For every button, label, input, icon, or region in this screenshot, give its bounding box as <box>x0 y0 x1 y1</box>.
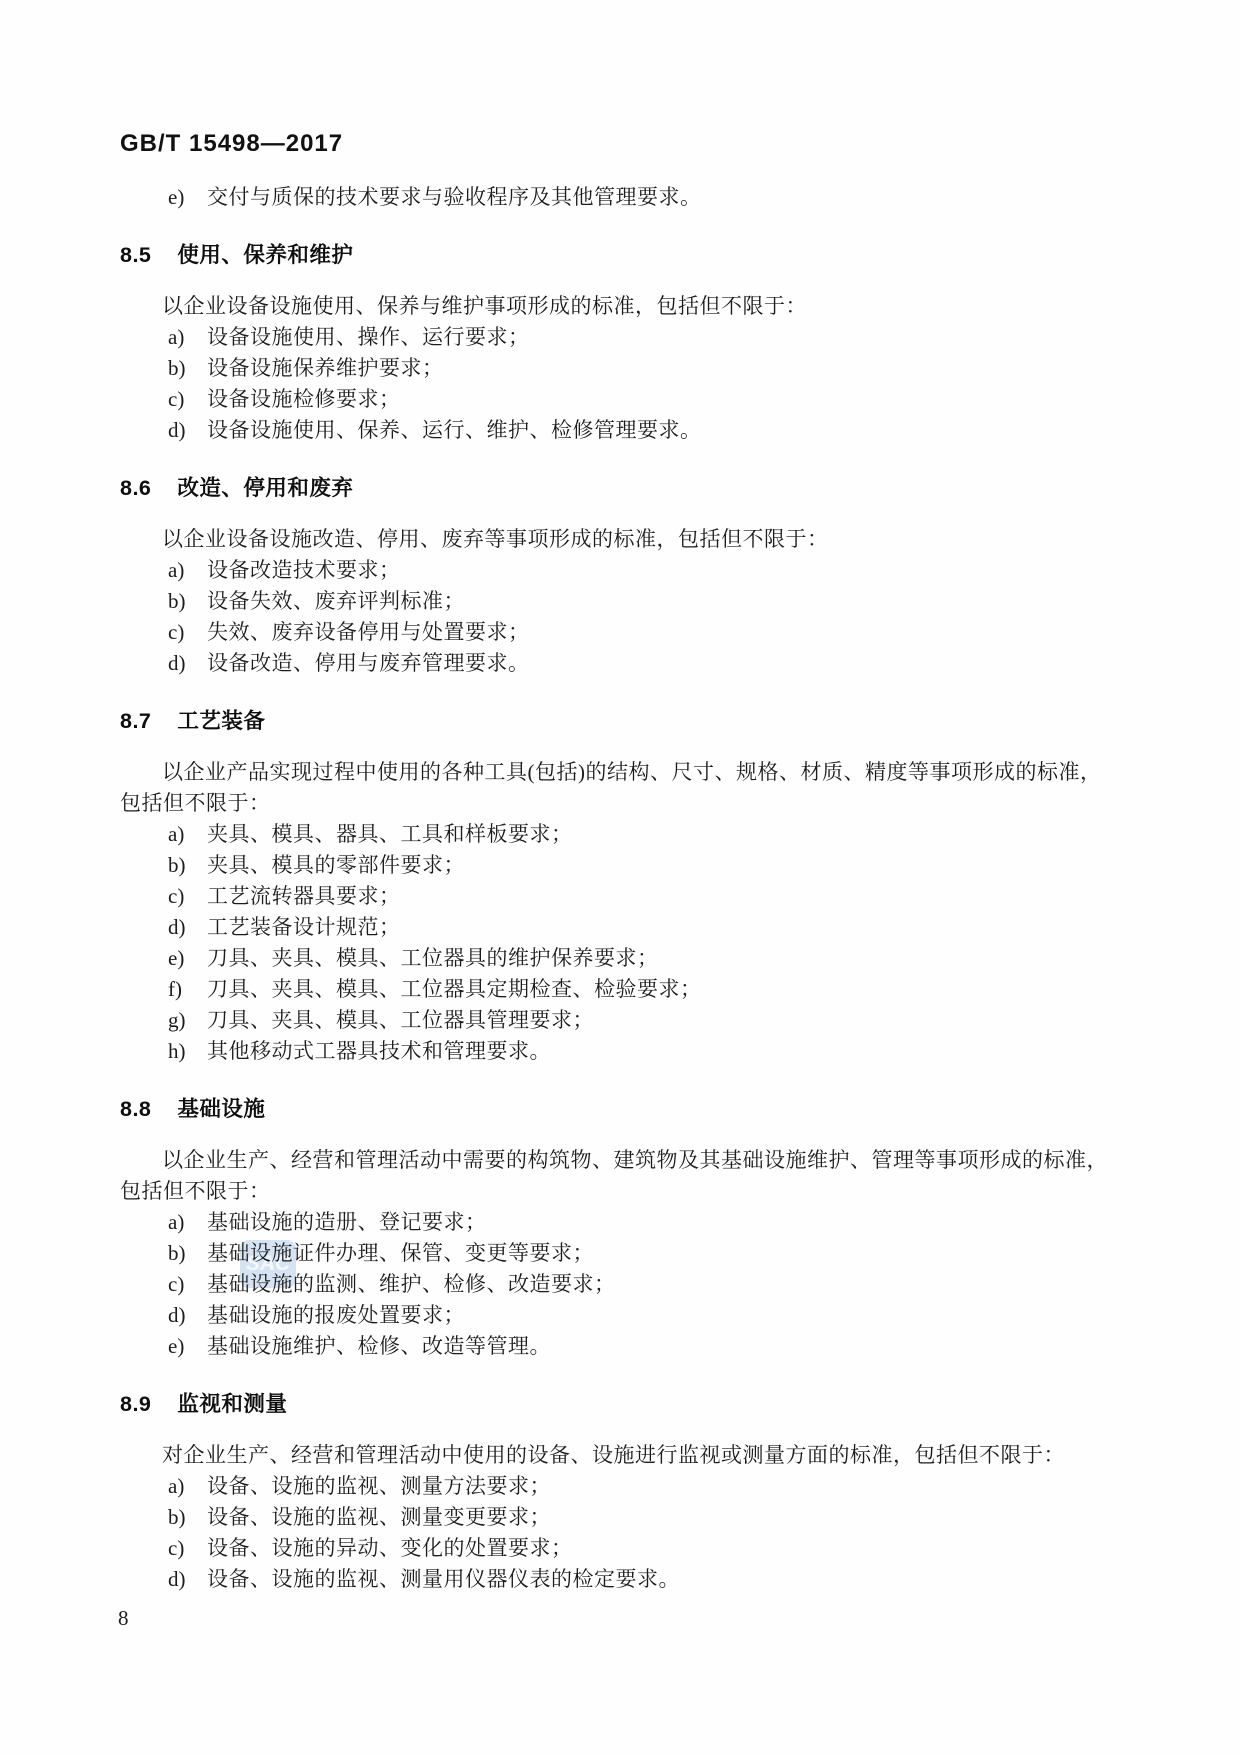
item-text: 工艺流转器具要求； <box>207 881 1122 912</box>
section-intro: 以企业产品实现过程中使用的各种工具(包括)的结构、尺寸、规格、材质、精度等事项形… <box>120 757 1122 819</box>
item-letter: c) <box>168 881 207 912</box>
section-item-list: a)设备设施使用、操作、运行要求；b)设备设施保养维护要求；c)设备设施检修要求… <box>120 322 1122 446</box>
list-item: b)设备、设施的监视、测量变更要求； <box>120 1502 1122 1533</box>
section-number: 8.9 <box>120 1392 151 1416</box>
list-item: a)夹具、模具、器具、工具和样板要求； <box>120 819 1122 850</box>
list-item: d)基础设施的报废处置要求； <box>120 1300 1122 1331</box>
list-item: d)设备改造、停用与废弃管理要求。 <box>120 648 1122 679</box>
list-item: c)工艺流转器具要求； <box>120 881 1122 912</box>
list-item: b)设备失效、废弃评判标准； <box>120 586 1122 617</box>
item-letter: e) <box>168 1331 207 1362</box>
item-letter: h) <box>168 1036 207 1067</box>
page-content: GB/T 15498—2017 e)交付与质保的技术要求与验收程序及其他管理要求… <box>120 130 1122 1595</box>
item-letter: b) <box>168 353 207 384</box>
item-text: 设备、设施的监视、测量变更要求； <box>207 1502 1122 1533</box>
item-text: 刀具、夹具、模具、工位器具管理要求； <box>207 1005 1122 1036</box>
item-letter: d) <box>168 415 207 446</box>
section-intro: 对企业生产、经营和管理活动中使用的设备、设施进行监视或测量方面的标准，包括但不限… <box>120 1440 1122 1471</box>
carryover-list: e)交付与质保的技术要求与验收程序及其他管理要求。 <box>120 182 1122 213</box>
item-text: 工艺装备设计规范； <box>207 912 1122 943</box>
list-item: h)其他移动式工器具技术和管理要求。 <box>120 1036 1122 1067</box>
section-heading: 8.8基础设施 <box>120 1095 1122 1123</box>
item-text: 设备设施检修要求； <box>207 384 1122 415</box>
section-number: 8.7 <box>120 709 151 733</box>
item-letter: b) <box>168 1238 207 1269</box>
document-page: SAC GB/T 15498—2017 e)交付与质保的技术要求与验收程序及其他… <box>0 0 1241 1754</box>
item-letter: c) <box>168 617 207 648</box>
list-item: e)刀具、夹具、模具、工位器具的维护保养要求； <box>120 943 1122 974</box>
item-letter: c) <box>168 1269 207 1300</box>
item-letter: a) <box>168 1471 207 1502</box>
list-item: a)设备、设施的监视、测量方法要求； <box>120 1471 1122 1502</box>
list-item: a)基础设施的造册、登记要求； <box>120 1207 1122 1238</box>
item-text: 基础设施的监测、维护、检修、改造要求； <box>207 1269 1122 1300</box>
list-item: a)设备改造技术要求； <box>120 555 1122 586</box>
list-item: d)设备、设施的监视、测量用仪器仪表的检定要求。 <box>120 1564 1122 1595</box>
item-letter: c) <box>168 384 207 415</box>
item-letter: e) <box>168 182 207 213</box>
item-text: 失效、废弃设备停用与处置要求； <box>207 617 1122 648</box>
item-letter: f) <box>168 974 207 1005</box>
item-text: 基础设施维护、检修、改造等管理。 <box>207 1331 1122 1362</box>
item-text: 刀具、夹具、模具、工位器具的维护保养要求； <box>207 943 1122 974</box>
item-text: 设备、设施的监视、测量方法要求； <box>207 1471 1122 1502</box>
item-text: 基础设施的报废处置要求； <box>207 1300 1122 1331</box>
item-letter: a) <box>168 1207 207 1238</box>
section-intro: 以企业设备设施改造、停用、废弃等事项形成的标准，包括但不限于： <box>120 524 1122 555</box>
item-text: 设备失效、废弃评判标准； <box>207 586 1122 617</box>
list-item: c)设备、设施的异动、变化的处置要求； <box>120 1533 1122 1564</box>
item-text: 设备改造、停用与废弃管理要求。 <box>207 648 1122 679</box>
section-number: 8.6 <box>120 476 151 500</box>
section-intro: 以企业生产、经营和管理活动中需要的构筑物、建筑物及其基础设施维护、管理等事项形成… <box>120 1145 1122 1207</box>
item-letter: b) <box>168 586 207 617</box>
section-title: 工艺装备 <box>177 709 265 733</box>
item-letter: e) <box>168 943 207 974</box>
section-8-8: 8.8基础设施 以企业生产、经营和管理活动中需要的构筑物、建筑物及其基础设施维护… <box>120 1095 1122 1362</box>
item-letter: b) <box>168 850 207 881</box>
page-number: 8 <box>118 1604 129 1632</box>
list-item: d)工艺装备设计规范； <box>120 912 1122 943</box>
item-text: 设备设施使用、操作、运行要求； <box>207 322 1122 353</box>
list-item: c)设备设施检修要求； <box>120 384 1122 415</box>
section-item-list: a)设备、设施的监视、测量方法要求；b)设备、设施的监视、测量变更要求；c)设备… <box>120 1471 1122 1595</box>
item-letter: d) <box>168 1300 207 1331</box>
item-text: 设备、设施的异动、变化的处置要求； <box>207 1533 1122 1564</box>
item-letter: a) <box>168 819 207 850</box>
standard-code-header: GB/T 15498—2017 <box>120 130 1122 158</box>
item-text: 交付与质保的技术要求与验收程序及其他管理要求。 <box>207 182 1122 213</box>
item-letter: d) <box>168 1564 207 1595</box>
list-item: d)设备设施使用、保养、运行、维护、检修管理要求。 <box>120 415 1122 446</box>
section-number: 8.8 <box>120 1097 151 1121</box>
item-letter: b) <box>168 1502 207 1533</box>
item-letter: a) <box>168 555 207 586</box>
list-item: a)设备设施使用、操作、运行要求； <box>120 322 1122 353</box>
section-heading: 8.7工艺装备 <box>120 707 1122 735</box>
list-item: b)夹具、模具的零部件要求； <box>120 850 1122 881</box>
item-text: 夹具、模具、器具、工具和样板要求； <box>207 819 1122 850</box>
item-letter: d) <box>168 648 207 679</box>
section-item-list: a)夹具、模具、器具、工具和样板要求；b)夹具、模具的零部件要求；c)工艺流转器… <box>120 819 1122 1067</box>
item-text: 设备设施使用、保养、运行、维护、检修管理要求。 <box>207 415 1122 446</box>
item-letter: d) <box>168 912 207 943</box>
list-item: e)交付与质保的技术要求与验收程序及其他管理要求。 <box>120 182 1122 213</box>
item-text: 基础设施证件办理、保管、变更等要求； <box>207 1238 1122 1269</box>
item-text: 其他移动式工器具技术和管理要求。 <box>207 1036 1122 1067</box>
item-letter: a) <box>168 322 207 353</box>
section-intro: 以企业设备设施使用、保养与维护事项形成的标准，包括但不限于： <box>120 291 1122 322</box>
item-text: 设备设施保养维护要求； <box>207 353 1122 384</box>
item-text: 设备、设施的监视、测量用仪器仪表的检定要求。 <box>207 1564 1122 1595</box>
list-item: b)设备设施保养维护要求； <box>120 353 1122 384</box>
section-item-list: a)基础设施的造册、登记要求；b)基础设施证件办理、保管、变更等要求；c)基础设… <box>120 1207 1122 1362</box>
section-title: 改造、停用和废弃 <box>177 476 353 500</box>
item-text: 设备改造技术要求； <box>207 555 1122 586</box>
section-number: 8.5 <box>120 243 151 267</box>
section-heading: 8.6改造、停用和废弃 <box>120 474 1122 502</box>
section-title: 基础设施 <box>177 1097 265 1121</box>
item-text: 刀具、夹具、模具、工位器具定期检查、检验要求； <box>207 974 1122 1005</box>
section-8-9: 8.9监视和测量 对企业生产、经营和管理活动中使用的设备、设施进行监视或测量方面… <box>120 1390 1122 1595</box>
list-item: b)基础设施证件办理、保管、变更等要求； <box>120 1238 1122 1269</box>
item-text: 基础设施的造册、登记要求； <box>207 1207 1122 1238</box>
list-item: g)刀具、夹具、模具、工位器具管理要求； <box>120 1005 1122 1036</box>
section-8-7: 8.7工艺装备 以企业产品实现过程中使用的各种工具(包括)的结构、尺寸、规格、材… <box>120 707 1122 1067</box>
list-item: c)失效、废弃设备停用与处置要求； <box>120 617 1122 648</box>
section-heading: 8.9监视和测量 <box>120 1390 1122 1418</box>
list-item: c)基础设施的监测、维护、检修、改造要求； <box>120 1269 1122 1300</box>
section-item-list: a)设备改造技术要求；b)设备失效、废弃评判标准；c)失效、废弃设备停用与处置要… <box>120 555 1122 679</box>
item-letter: c) <box>168 1533 207 1564</box>
list-item: e)基础设施维护、检修、改造等管理。 <box>120 1331 1122 1362</box>
section-8-6: 8.6改造、停用和废弃 以企业设备设施改造、停用、废弃等事项形成的标准，包括但不… <box>120 474 1122 679</box>
list-item: f)刀具、夹具、模具、工位器具定期检查、检验要求； <box>120 974 1122 1005</box>
section-title: 监视和测量 <box>177 1392 287 1416</box>
section-8-5: 8.5使用、保养和维护 以企业设备设施使用、保养与维护事项形成的标准，包括但不限… <box>120 241 1122 446</box>
section-heading: 8.5使用、保养和维护 <box>120 241 1122 269</box>
item-letter: g) <box>168 1005 207 1036</box>
item-text: 夹具、模具的零部件要求； <box>207 850 1122 881</box>
section-title: 使用、保养和维护 <box>177 243 353 267</box>
